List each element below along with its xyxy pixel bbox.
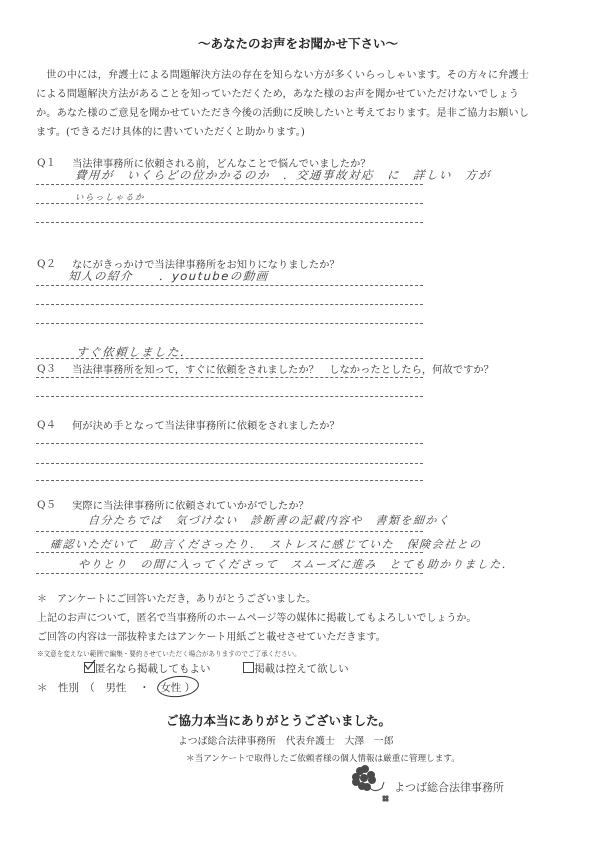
answer-line[interactable]: 費用が いくらどの位かかるのか ．交通事故対応 に 詳しい 方が (74, 167, 491, 183)
answer-rule (36, 285, 423, 286)
answer-rule (36, 573, 423, 574)
answer-line[interactable]: やりとり の間に入ってくださって スムーズに進み とても助かりました． (77, 556, 515, 572)
option-decline-publish-label: 掲載は控えて欲しい (254, 663, 349, 675)
gender-prefix: ＊ 性別 （ (37, 682, 95, 694)
answer-rule (36, 222, 423, 223)
gender-option-male[interactable]: 男性 (105, 682, 126, 694)
signature: よつば総合法律事務所 代表弁護士 大澤 一郎 (178, 733, 394, 747)
edit-disclaimer: ※文意を変えない範囲で編集・要約させていただく場合がありますのでご了承ください。 (37, 648, 301, 658)
answer-line[interactable]: いらっしゃるか (75, 191, 146, 203)
answer-rule (36, 480, 423, 481)
publish-question: 上記のお声について，匿名で当事務所のホームページ等の媒体に掲載してもよろしいでし… (37, 609, 476, 624)
question-number: Q１ (37, 155, 56, 170)
intro-line-4: ます。(できるだけ具体的に書いていただくと助かります。) (36, 123, 305, 142)
answer-rule (36, 358, 423, 359)
checkbox-decline-publish[interactable] (243, 662, 254, 673)
answer-line[interactable]: 確認いただいて 助言くださったり． ストレスに感じていた 保険会社との (49, 536, 482, 552)
gender-separator: ・ (139, 682, 150, 694)
consent-options: 匿名なら掲載してもよい 掲載は控えて欲しい (84, 661, 349, 676)
answer-rule (36, 463, 423, 464)
intro-line-2: による問題解決方法があることを知っていただくため，あなた様のお声を聞かせていただ… (36, 85, 519, 104)
answer-rule (36, 396, 423, 397)
option-anonymous-ok-label: 匿名なら掲載してもよい (95, 663, 211, 675)
question-number: Q４ (37, 417, 56, 432)
answer-rule (36, 184, 423, 185)
answer-rule (36, 304, 423, 305)
answer-line[interactable]: 自分たちでは 気づけない 診断書の記載内容や 書類を細かく (87, 512, 451, 528)
checkbox-anonymous-ok[interactable] (84, 662, 95, 673)
question-number: Q５ (37, 497, 56, 512)
selected-gender-circle (156, 674, 200, 699)
privacy-note: ＊当アンケートで取得したご依頼者様の個人情報は厳重に管理します。 (186, 752, 460, 764)
question-number: Q３ (37, 361, 56, 376)
firm-logo-text: よつば総合法律事務所 (394, 779, 504, 795)
question-number: Q２ (37, 256, 56, 271)
intro-line-3: か。あなた様のご意見を聞かせていただき今後の活動に反映したいと考えております。是… (36, 104, 529, 123)
answer-rule (36, 552, 423, 553)
answer-line[interactable]: 知人の紹介 ．youtubeの動画 (67, 268, 269, 284)
publish-detail: ご回答の内容は一部抜粋またはアンケート用紙ごと載せさせていただきます。 (37, 628, 386, 643)
page-title: ～あなたのお声をお聞かせ下さい～ (0, 34, 596, 52)
four-leaf-clover-icon (350, 764, 396, 808)
answer-rule (36, 377, 423, 378)
question-text: 当法律事務所を知って，すぐに依頼をされましたか？ しなかったとしたら，何故ですか… (72, 361, 494, 376)
intro-line-1: 世の中には，弁護士による問題解決方法の存在を知らない方が多くいらっしゃいます。そ… (36, 66, 529, 85)
closing-thanks: ご協力本当にありがとうございました。 (166, 711, 391, 729)
question-text: 実際に当法律事務所に依頼されていかがでしたか？ (72, 497, 309, 512)
answer-rule (36, 203, 423, 204)
checkmark-icon (84, 659, 96, 671)
thanks-note: ＊ アンケートにご回答いただき，ありがとうございました。 (37, 590, 316, 605)
answer-rule (36, 531, 423, 532)
answer-rule (36, 323, 423, 324)
question-text: 何が決め手となって当法律事務所に依頼をされましたか？ (72, 417, 340, 432)
answer-rule (36, 443, 423, 444)
